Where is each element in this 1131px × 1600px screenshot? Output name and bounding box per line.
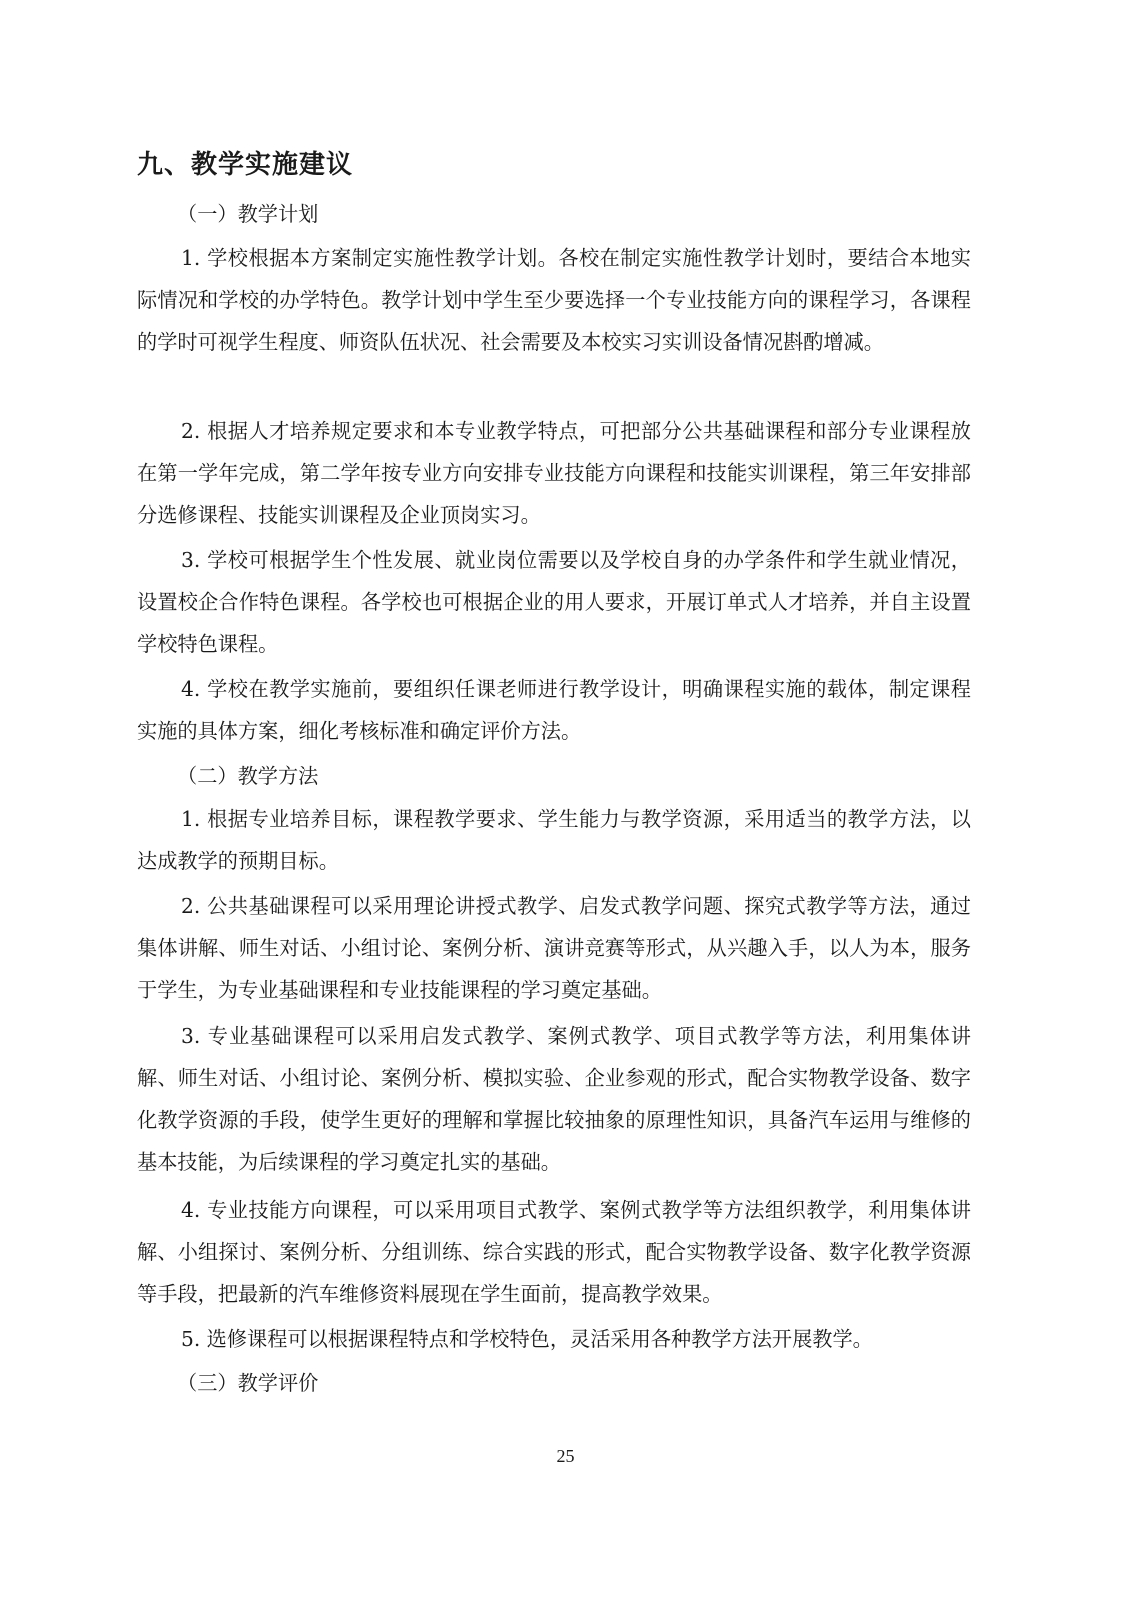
paragraph-plan-3: 3. 学校可根据学生个性发展、就业岗位需要以及学校自身的办学条件和学生就业情况，… — [137, 539, 971, 665]
section-title: 九、教学实施建议 — [137, 144, 353, 181]
paragraph-methods-3: 3. 专业基础课程可以采用启发式教学、案例式教学、项目式教学等方法，利用集体讲解… — [137, 1015, 971, 1183]
paragraph-plan-2: 2. 根据人才培养规定要求和本专业教学特点，可把部分公共基础课程和部分专业课程放… — [137, 410, 971, 536]
paragraph-plan-4: 4. 学校在教学实施前，要组织任课老师进行教学设计，明确课程实施的载体，制定课程… — [137, 668, 971, 752]
subsection-heading-methods: （二）教学方法 — [137, 755, 1011, 797]
paragraph-methods-2: 2. 公共基础课程可以采用理论讲授式教学、启发式教学问题、探究式教学等方法，通过… — [137, 885, 971, 1011]
paragraph-methods-5: 5. 选修课程可以根据课程特点和学校特色，灵活采用各种教学方法开展教学。 — [137, 1318, 971, 1360]
paragraph-methods-1: 1. 根据专业培养目标，课程教学要求、学生能力与教学资源，采用适当的教学方法，以… — [137, 798, 971, 882]
subsection-heading-plan: （一）教学计划 — [137, 193, 1011, 235]
paragraph-methods-4: 4. 专业技能方向课程，可以采用项目式教学、案例式教学等方法组织教学，利用集体讲… — [137, 1189, 971, 1315]
subsection-heading-evaluation: （三）教学评价 — [137, 1362, 1011, 1404]
page-number: 25 — [0, 1446, 1131, 1467]
paragraph-plan-1: 1. 学校根据本方案制定实施性教学计划。各校在制定实施性教学计划时，要结合本地实… — [137, 237, 971, 363]
